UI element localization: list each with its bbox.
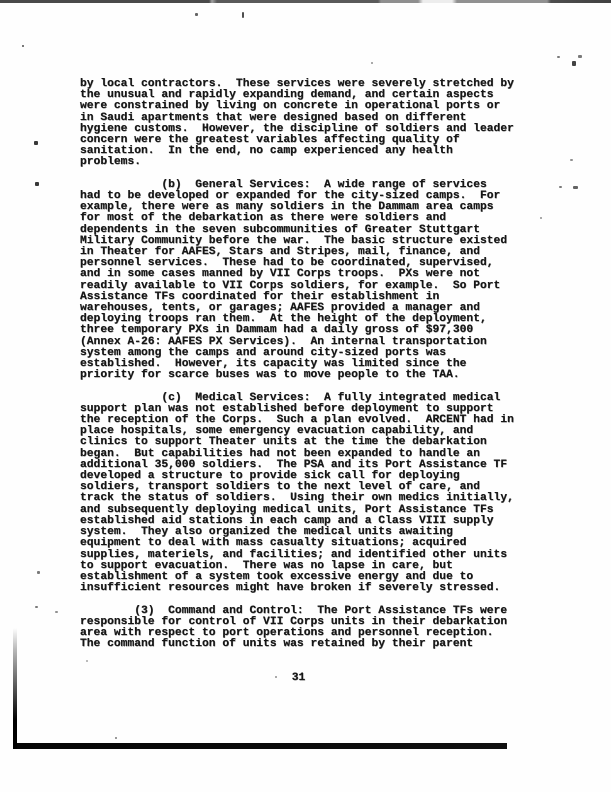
scan-speck [195, 13, 198, 16]
text-line: three temporary PXs in Dammam had a dail… [80, 325, 517, 336]
scan-edge-artifact-top [0, 0, 611, 3]
text-line: insufficient resources might have broken… [80, 583, 517, 594]
scan-speck [570, 159, 573, 161]
paragraph-intro: by local contractors. These services wer… [80, 79, 517, 169]
text-line: sanitation. In the end, no camp experien… [80, 146, 517, 157]
scan-speck [371, 62, 373, 64]
text-line: priority for scarce buses was to move pe… [80, 370, 517, 381]
scan-speck [578, 55, 582, 58]
text-line: The command function of units was retain… [80, 639, 517, 650]
text-line: for most of the debarkation as there wer… [80, 213, 517, 224]
scan-speck [559, 186, 562, 188]
scan-speck [557, 56, 560, 58]
scan-speck [35, 182, 39, 186]
scan-speck [86, 660, 88, 662]
scan-speck [242, 12, 244, 18]
scan-speck [22, 45, 24, 47]
text-line: and in some cases manned by VII Corps tr… [80, 269, 517, 280]
scanned-document-page: by local contractors. These services wer… [0, 0, 611, 792]
text-line: were constrained by living on concrete i… [80, 101, 517, 112]
paragraph-medical-services: (c) Medical Services: A fully integrated… [80, 393, 517, 595]
scan-speck [115, 737, 117, 739]
scan-speck [573, 186, 578, 189]
scan-speck [35, 606, 38, 608]
scan-speck [540, 217, 542, 219]
text-line: equipment to deal with mass casualty sit… [80, 538, 517, 549]
paragraph-command-and-control: (3) Command and Control: The Port Assist… [80, 606, 517, 651]
text-line: track the status of soldiers. Using thei… [80, 493, 517, 504]
scan-speck [34, 141, 38, 145]
paragraph-general-services: (b) General Services: A wide range of se… [80, 180, 517, 382]
scan-speck [55, 611, 58, 613]
document-text-block: by local contractors. These services wer… [80, 79, 517, 684]
scan-speck [37, 571, 40, 574]
scan-edge-artifact-left [13, 628, 17, 749]
text-line: clinics to support Theater units at the … [80, 437, 517, 448]
scan-speck [275, 676, 277, 678]
text-line: problems. [80, 157, 517, 168]
scan-edge-artifact-bottom [13, 743, 507, 749]
page-number: 31 [80, 673, 517, 684]
scan-speck [572, 61, 576, 66]
